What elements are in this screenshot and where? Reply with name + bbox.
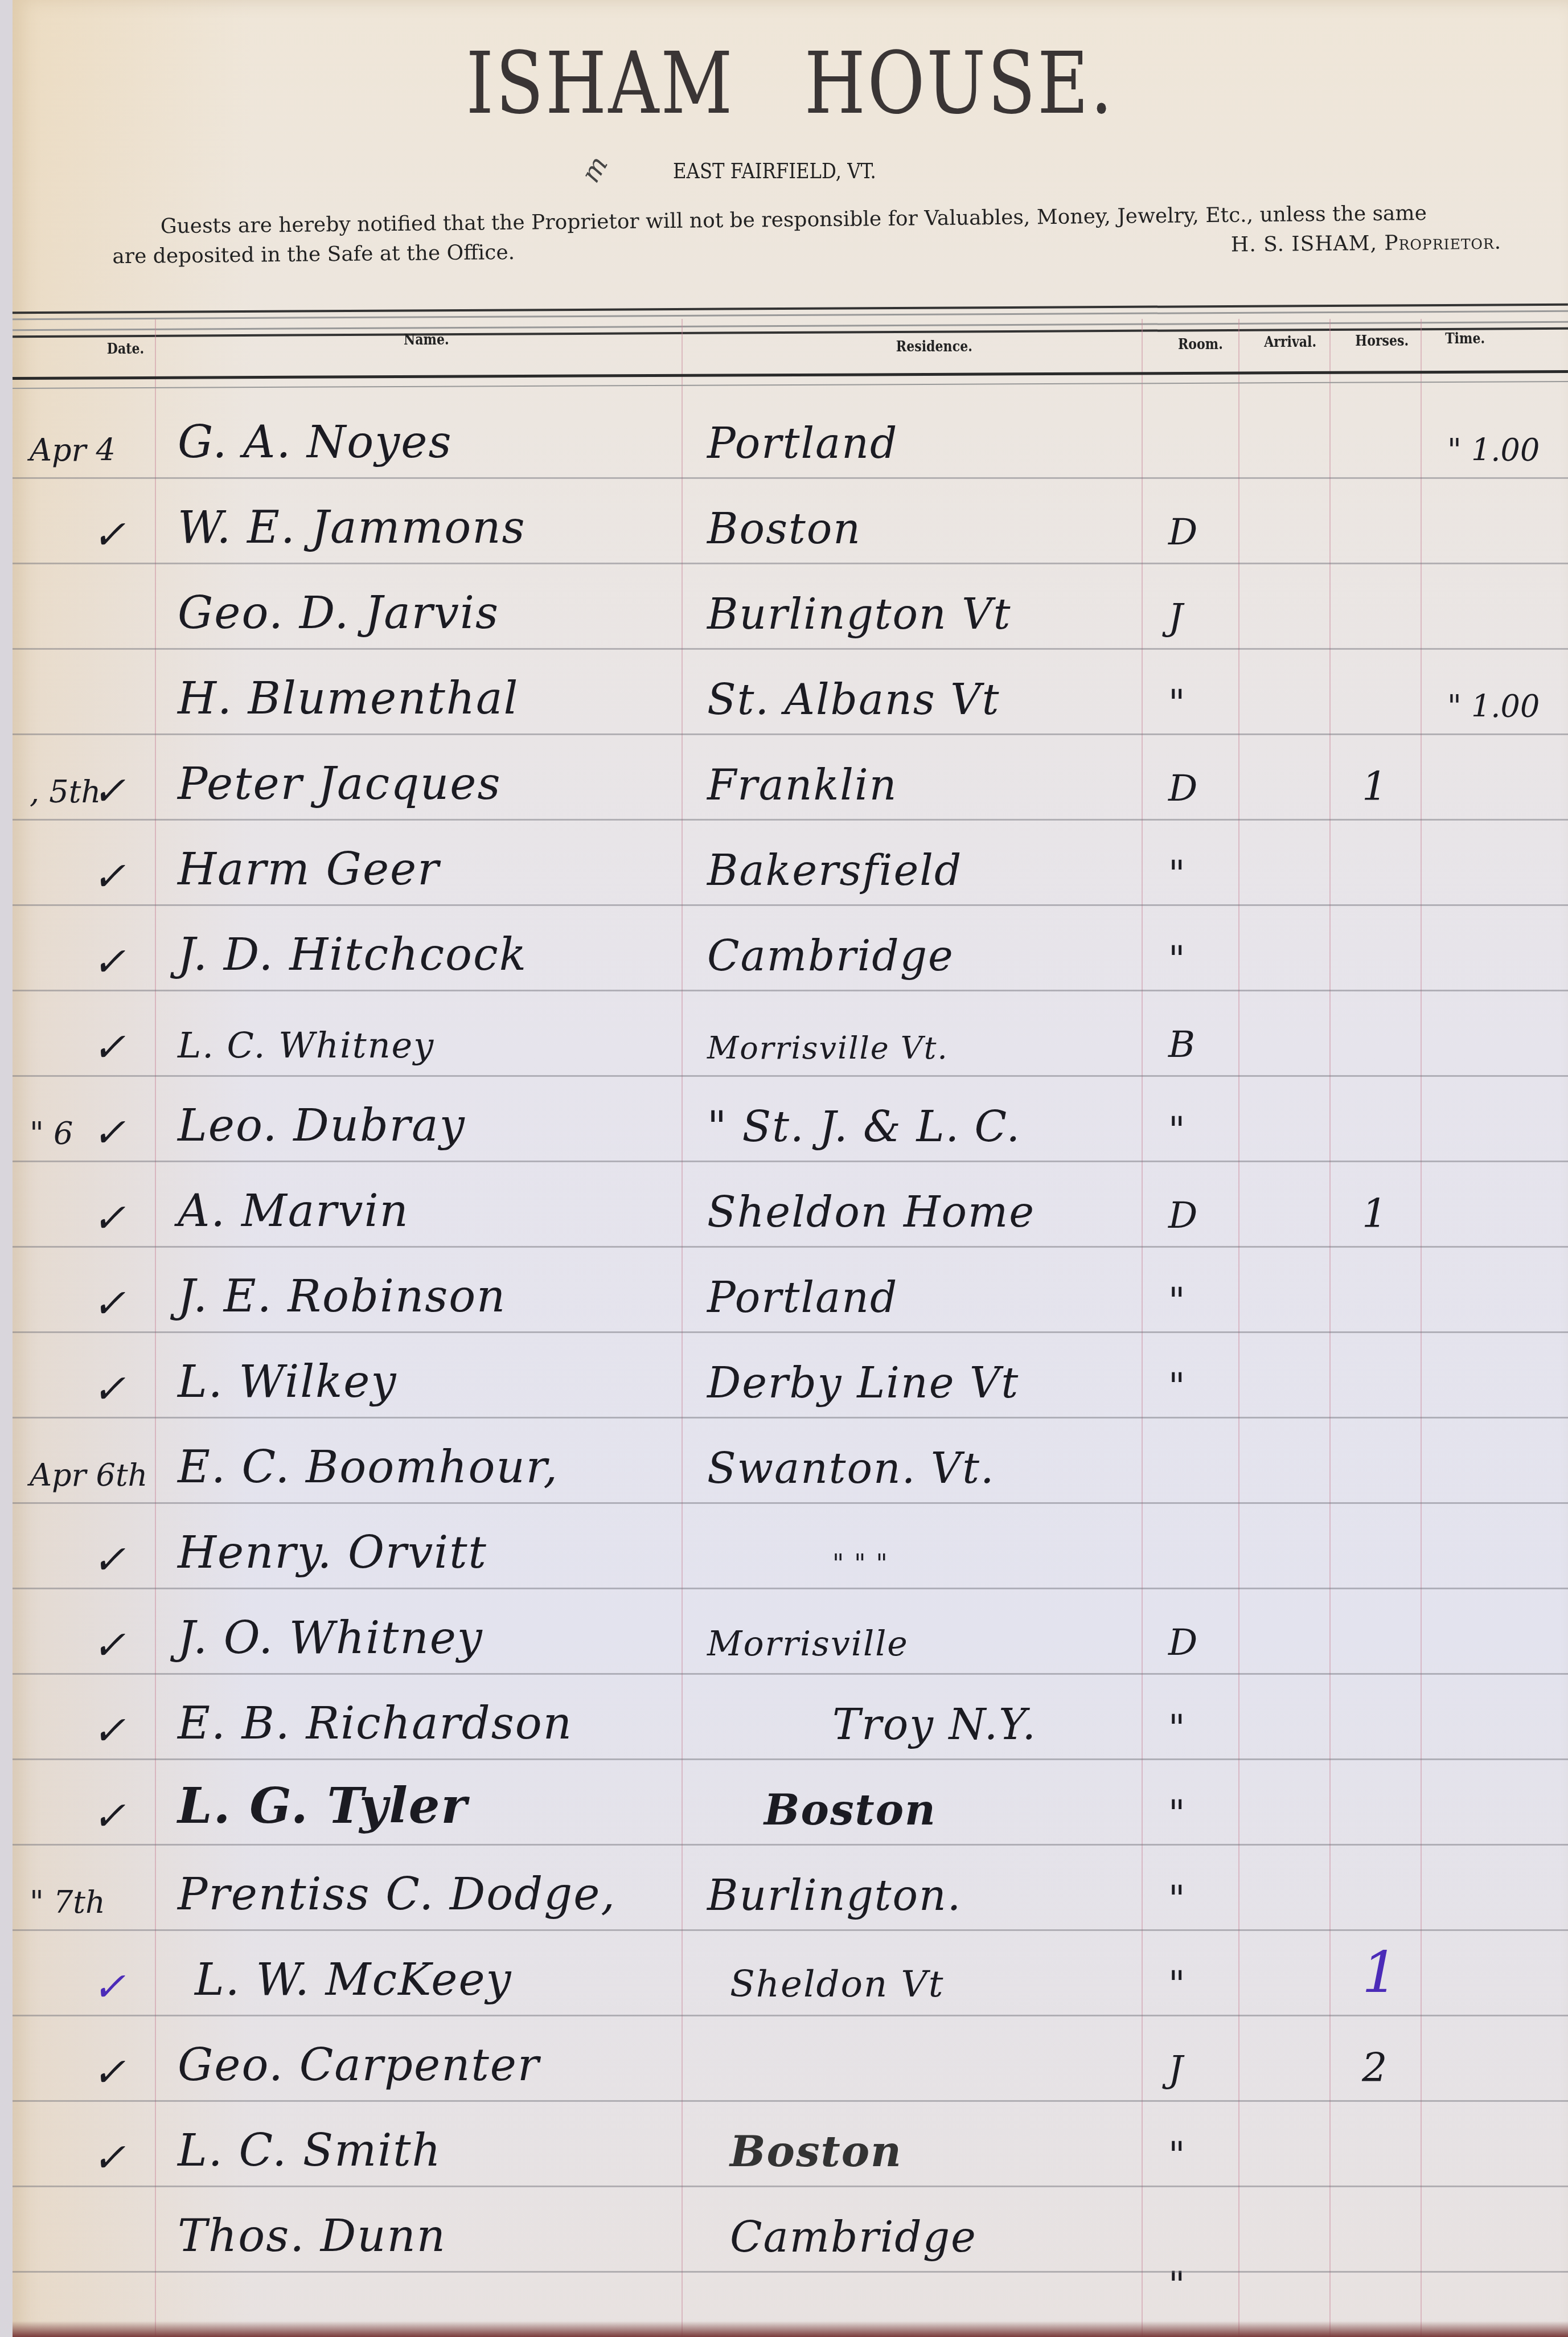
guest-residence: " " " (832, 1549, 889, 1578)
page-title: ISHAMHOUSE. (153, 34, 1428, 133)
register-entry: ✓ L. W. McKeey Sheldon Vt " 1 (13, 1930, 1568, 2016)
check-mark: ✓ (92, 1195, 126, 1241)
ledger-page: m ISHAMHOUSE. EAST FAIRFIELD, VT. Guests… (13, 0, 1568, 2337)
column-header-time: Time. (1445, 330, 1485, 347)
column-header-horses: Horses. (1355, 333, 1409, 350)
check-mark: ✓ (92, 2134, 126, 2181)
guest-residence: Sheldon Vt (730, 1963, 944, 2006)
register-entry: Geo. D. Jarvis Burlington Vt J (13, 564, 1568, 649)
room: " (1168, 1963, 1185, 2006)
register-entry: ✓ J. O. Whitney Morrisville D (13, 1589, 1568, 1674)
check-mark: ✓ (92, 768, 126, 814)
register-entry: ✓ L. C. Whitney Morrisville Vt. B (13, 991, 1568, 1076)
register-entry: ✓ Geo. Carpenter J 2 (13, 2016, 1568, 2101)
guest-residence: Derby Line Vt (707, 1359, 1019, 1408)
guest-residence: Franklin (707, 761, 897, 810)
entry-date: Apr 4 (30, 432, 116, 468)
room: " (1168, 1878, 1185, 1920)
row-rule (13, 2271, 1568, 2273)
register-entry: Thos. Dunn Cambridge " (13, 2187, 1568, 2272)
register-entry: " 6 ✓ Leo. Dubray " St. J. & L. C. " (13, 1076, 1568, 1162)
guest-residence: Burlington. (707, 1871, 962, 1920)
register-entry: ✓ J. D. Hitchcock Cambridge " (13, 905, 1568, 991)
guest-name: J. D. Hitchcock (178, 929, 527, 981)
guest-name: L. C. Whitney (178, 1024, 434, 1066)
check-mark: ✓ (92, 1280, 126, 1327)
guest-residence: Morrisville (707, 1624, 909, 1664)
horses: 2 (1362, 2044, 1388, 2091)
guest-residence: Bakersfield (707, 846, 962, 895)
register-entry: ✓ Harm Geer Bakersfield " (13, 820, 1568, 905)
room: " (1168, 1366, 1185, 1408)
guest-name: J. O. Whitney (178, 1613, 483, 1664)
check-mark: ✓ (92, 1109, 126, 1156)
guest-residence: Morrisville Vt. (707, 1030, 949, 1066)
check-mark: ✓ (92, 1622, 126, 1668)
guest-name: W. E. Jammons (178, 502, 526, 553)
guest-residence: Swanton. Vt. (707, 1444, 995, 1493)
safe-notice: Guests are hereby notified that the Prop… (112, 198, 1548, 272)
room: " (1168, 1707, 1185, 1749)
check-mark: ✓ (92, 1963, 126, 2010)
room: " (1168, 853, 1185, 895)
entry-date: " 7th (30, 1884, 105, 1920)
register-entry: ✓ W. E. Jammons Boston D (13, 478, 1568, 564)
guest-residence: Portland (707, 419, 898, 468)
register-entry: " 7th Prentiss C. Dodge, Burlington. " (13, 1845, 1568, 1930)
register-entry: ✓ A. Marvin Sheldon Home D 1 (13, 1162, 1568, 1247)
guest-name: Leo. Dubray (178, 1100, 466, 1151)
guest-residence: Cambridge (707, 932, 954, 981)
column-header-room: Room. (1178, 336, 1223, 353)
guest-residence: Troy N.Y. (832, 1700, 1037, 1749)
guest-name: E. C. Boomhour, (178, 1442, 559, 1493)
room: D (1168, 511, 1197, 553)
register-entry: ✓ L. G. Tyler Boston " (13, 1760, 1568, 1845)
check-mark: ✓ (92, 1366, 126, 1412)
register-entry: ✓ E. B. Richardson Troy N.Y. " (13, 1674, 1568, 1760)
horses: 1 (1362, 763, 1388, 810)
check-mark: ✓ (92, 2049, 126, 2096)
check-mark: ✓ (92, 853, 126, 900)
room: J (1168, 597, 1183, 639)
header-rule-top (13, 304, 1568, 338)
pencil-annotation: m (575, 151, 614, 188)
register-entry: Apr 4 G. A. Noyes Portland " 1.00 (13, 393, 1568, 478)
room: J (1168, 2049, 1183, 2091)
guest-name: H. Blumenthal (178, 673, 519, 724)
check-mark: ✓ (92, 511, 126, 558)
check-mark: ✓ (92, 1536, 126, 1583)
time-charge: " 1.00 (1447, 688, 1540, 724)
room: D (1168, 1622, 1197, 1664)
guest-residence: Sheldon Home (707, 1188, 1035, 1237)
guest-residence: St. Albans Vt (707, 675, 1000, 724)
room: " (1168, 938, 1185, 981)
check-mark: ✓ (92, 938, 126, 985)
guest-name: L. Wilkey (178, 1356, 397, 1408)
register-entry: ✓ L. Wilkey Derby Line Vt " (13, 1332, 1568, 1418)
check-mark: ✓ (92, 1707, 126, 1754)
guest-name: E. B. Richardson (178, 1698, 573, 1749)
room: D (1168, 1195, 1197, 1237)
register-entry: ✓ J. E. Robinson Portland " (13, 1247, 1568, 1332)
guest-name: Peter Jacques (178, 758, 502, 810)
room: " (1168, 1109, 1185, 1151)
guest-residence: Cambridge (730, 2213, 977, 2262)
room: " (1168, 1793, 1185, 1835)
guest-name: L. C. Smith (178, 2125, 442, 2176)
column-header-name: Name. (404, 331, 449, 348)
horses: 1 (1362, 1190, 1388, 1237)
register-entry: , 5th ✓ Peter Jacques Franklin D 1 (13, 735, 1568, 820)
notice-line-2: are deposited in the Safe at the Office. (112, 238, 515, 272)
guest-name: Harm Geer (178, 844, 440, 895)
column-header-arrival: Arrival. (1264, 334, 1316, 351)
room: " (1168, 682, 1185, 724)
room: D (1168, 768, 1197, 810)
column-header-residence: Residence. (896, 338, 972, 355)
entry-date: " 6 (30, 1116, 73, 1151)
register-entry: H. Blumenthal St. Albans Vt " " 1.00 (13, 649, 1568, 735)
page-bottom-edge (13, 2321, 1568, 2337)
title-word-2: HOUSE. (804, 34, 1115, 133)
room: " (1168, 2134, 1185, 2176)
guest-name: Henry. Orvitt (178, 1527, 487, 1578)
guest-name: L. G. Tyler (178, 1777, 468, 1835)
register-entry: Apr 6th E. C. Boomhour, Swanton. Vt. (13, 1418, 1568, 1503)
guest-name: Prentiss C. Dodge, (178, 1869, 616, 1920)
room: " (1168, 1280, 1185, 1322)
hotel-location: EAST FAIRFIELD, VT. (673, 158, 876, 183)
proprietor-signature: H. S. ISHAM, Proprietor. (1231, 228, 1502, 260)
guest-name: G. A. Noyes (178, 417, 453, 468)
guest-residence: " St. J. & L. C. (707, 1102, 1021, 1151)
guest-name: A. Marvin (178, 1186, 409, 1237)
guest-residence: Portland (707, 1273, 898, 1322)
column-header-date: Date. (107, 341, 144, 358)
horses: 1 (1362, 1939, 1398, 2006)
guest-name: L. W. McKeey (195, 1954, 512, 2006)
entry-date: Apr 6th (30, 1457, 147, 1493)
check-mark: ✓ (92, 1793, 126, 1839)
guest-name: Geo. D. Jarvis (178, 588, 499, 639)
guest-residence: Boston (730, 2127, 902, 2176)
guest-residence: Boston (764, 1786, 937, 1835)
header-rule-bottom (13, 370, 1568, 389)
check-mark: ✓ (92, 1024, 126, 1071)
guest-name: J. E. Robinson (178, 1271, 506, 1322)
guest-residence: Burlington Vt (707, 590, 1011, 639)
guest-residence: Boston (707, 505, 861, 553)
entry-date: , 5th (30, 774, 101, 810)
guest-name: Thos. Dunn (178, 2211, 446, 2262)
register-entry: ✓ L. C. Smith Boston " (13, 2101, 1568, 2187)
room: B (1168, 1024, 1195, 1066)
guest-name: Geo. Carpenter (178, 2040, 540, 2091)
time-charge: " 1.00 (1447, 432, 1540, 468)
title-word-1: ISHAM (466, 34, 734, 133)
register-entry: ✓ Henry. Orvitt " " " (13, 1503, 1568, 1589)
